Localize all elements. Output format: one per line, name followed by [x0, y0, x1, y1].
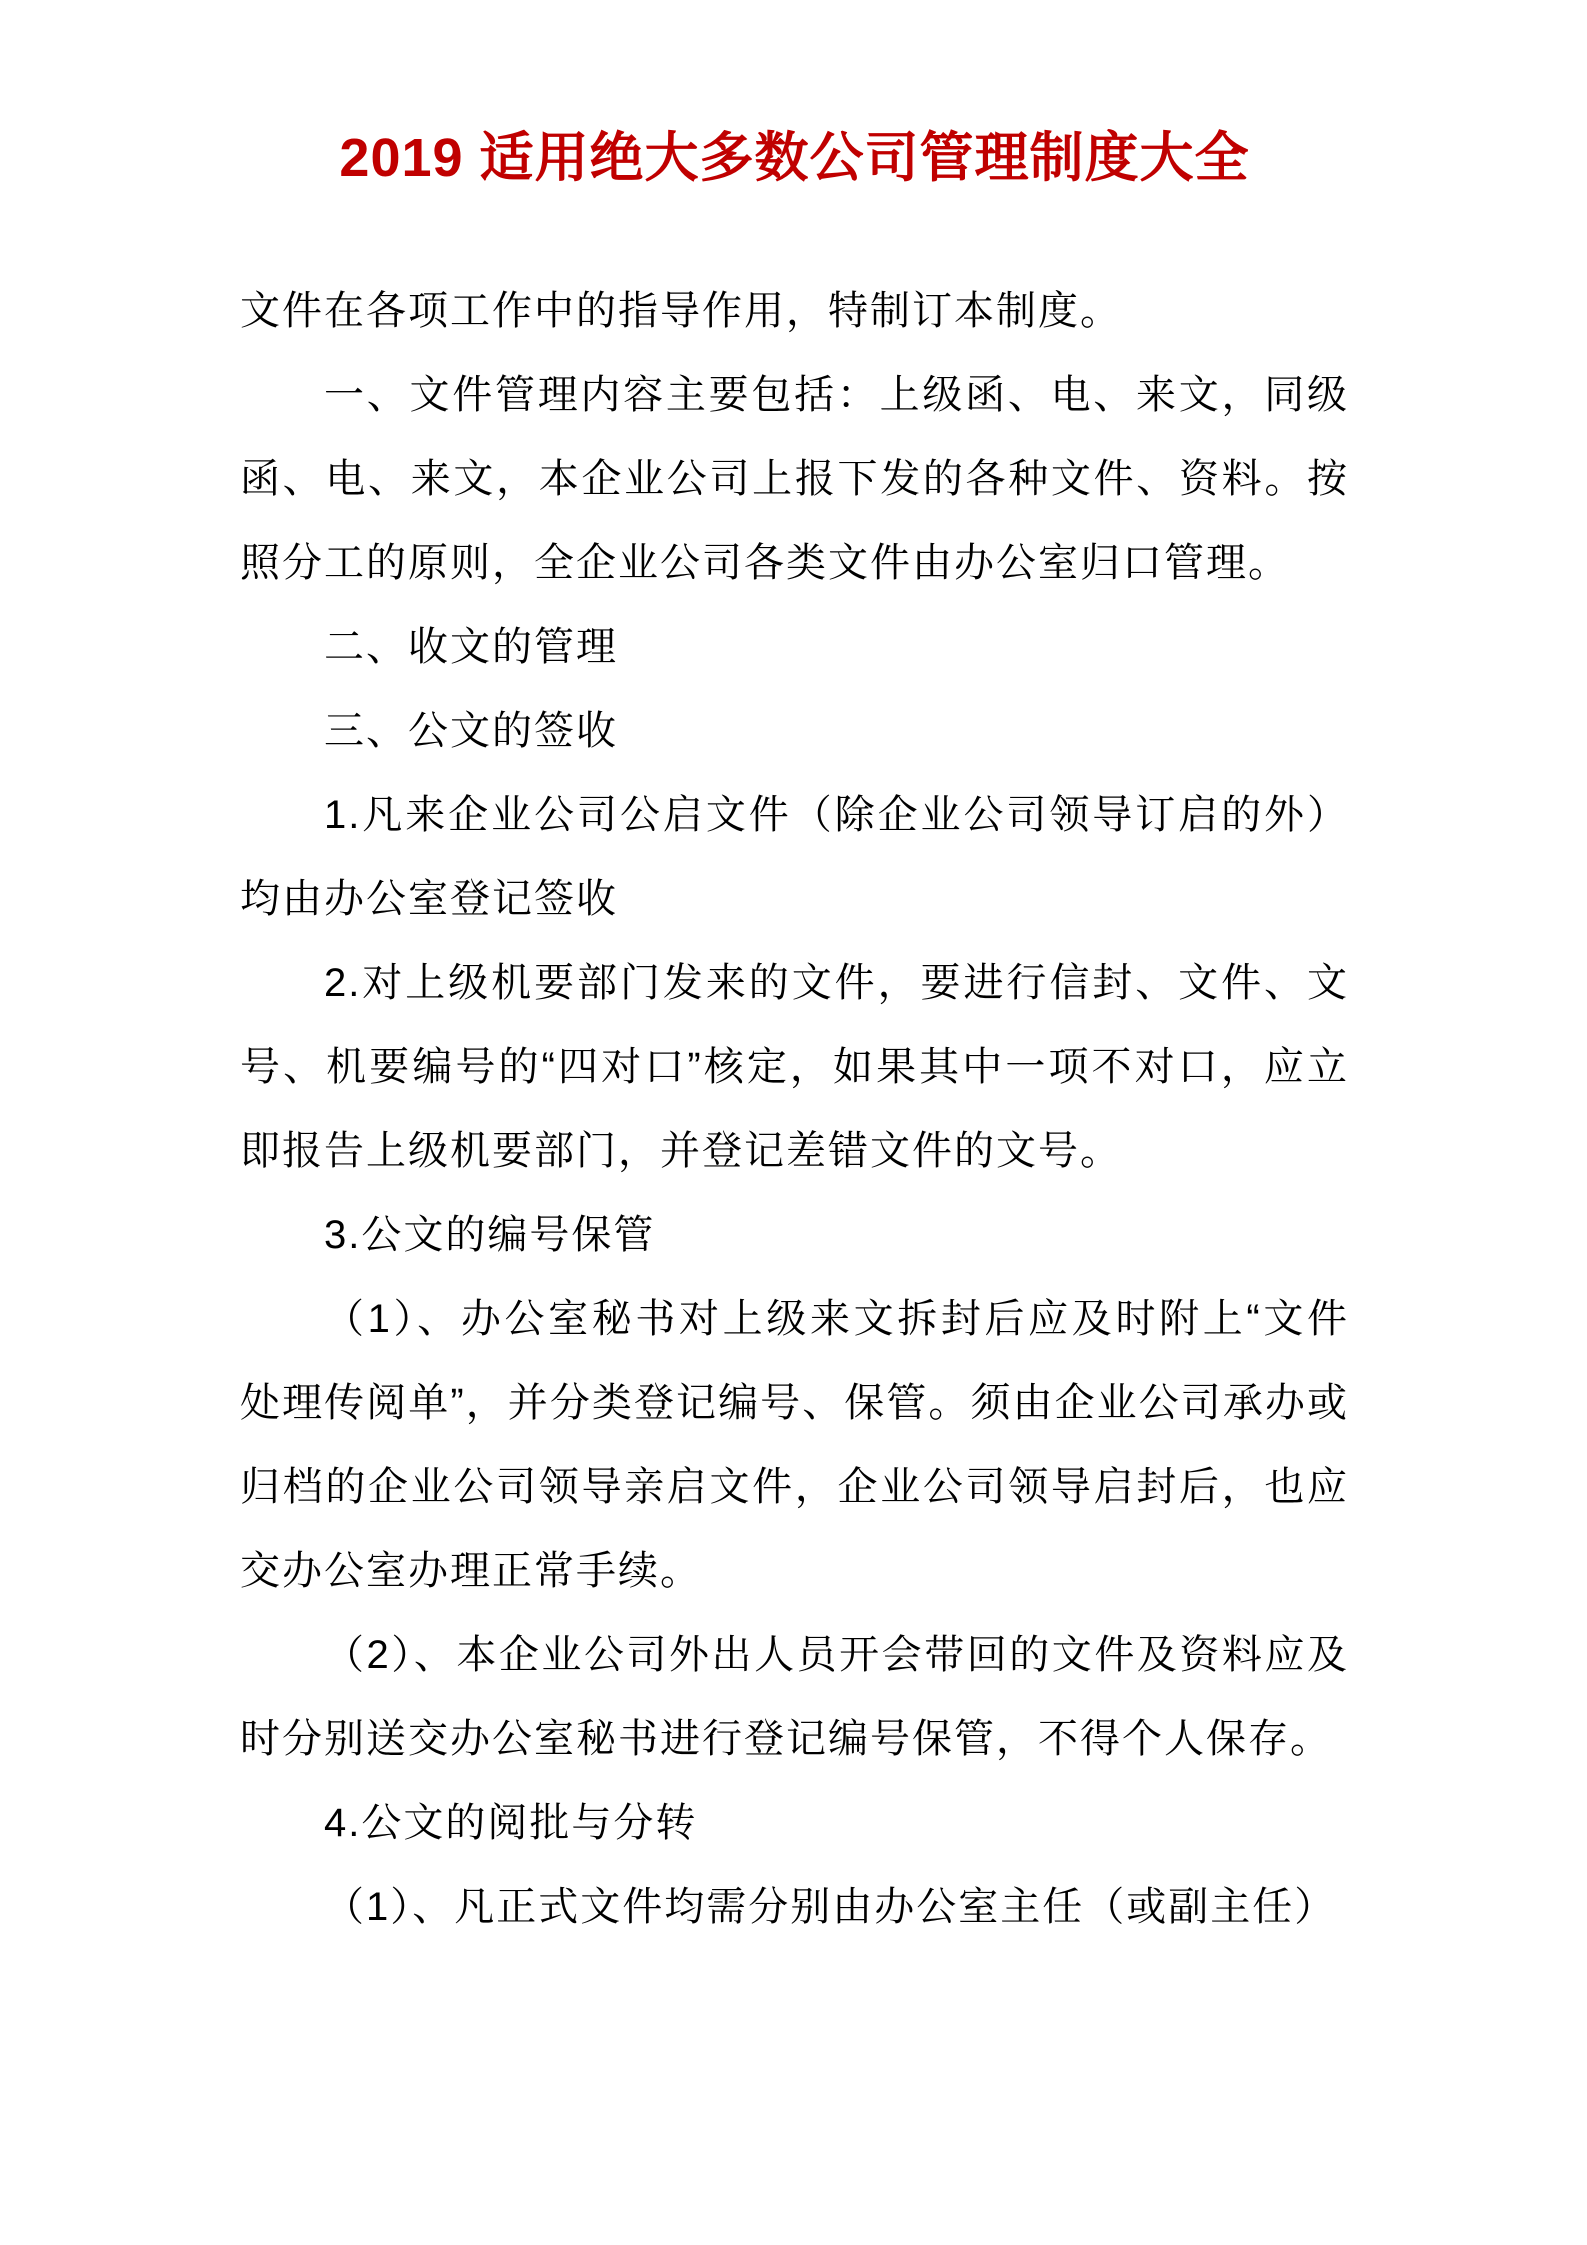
document-title: 2019 适用绝大多数公司管理制度大全	[240, 126, 1349, 191]
paragraph-sub-1: （1）、办公室秘书对上级来文拆封后应及时附上“文件处理传阅单”，并分类登记编号、…	[240, 1277, 1349, 1613]
document-body: 文件在各项工作中的指导作用，特制订本制度。 一、文件管理内容主要包括：上级函、电…	[240, 269, 1349, 1949]
paragraph-item-4: 4.公文的阅批与分转	[240, 1781, 1349, 1865]
paragraph-item-2: 2.对上级机要部门发来的文件，要进行信封、文件、文号、机要编号的“四对口”核定，…	[240, 941, 1349, 1193]
paragraph-intro: 文件在各项工作中的指导作用，特制订本制度。	[240, 269, 1349, 353]
paragraph-sub-2: （2）、本企业公司外出人员开会带回的文件及资料应及时分别送交办公室秘书进行登记编…	[240, 1613, 1349, 1781]
document-page: 2019 适用绝大多数公司管理制度大全 文件在各项工作中的指导作用，特制订本制度…	[0, 0, 1587, 2245]
paragraph-item-3: 3.公文的编号保管	[240, 1193, 1349, 1277]
paragraph-item-1: 1.凡来企业公司公启文件（除企业公司领导订启的外）均由办公室登记签收	[240, 773, 1349, 941]
paragraph-section-1: 一、文件管理内容主要包括：上级函、电、来文，同级函、电、来文，本企业公司上报下发…	[240, 353, 1349, 605]
paragraph-section-2: 二、收文的管理	[240, 605, 1349, 689]
paragraph-sub-3: （1）、凡正式文件均需分别由办公室主任（或副主任）	[240, 1865, 1349, 1949]
paragraph-section-3: 三、公文的签收	[240, 689, 1349, 773]
